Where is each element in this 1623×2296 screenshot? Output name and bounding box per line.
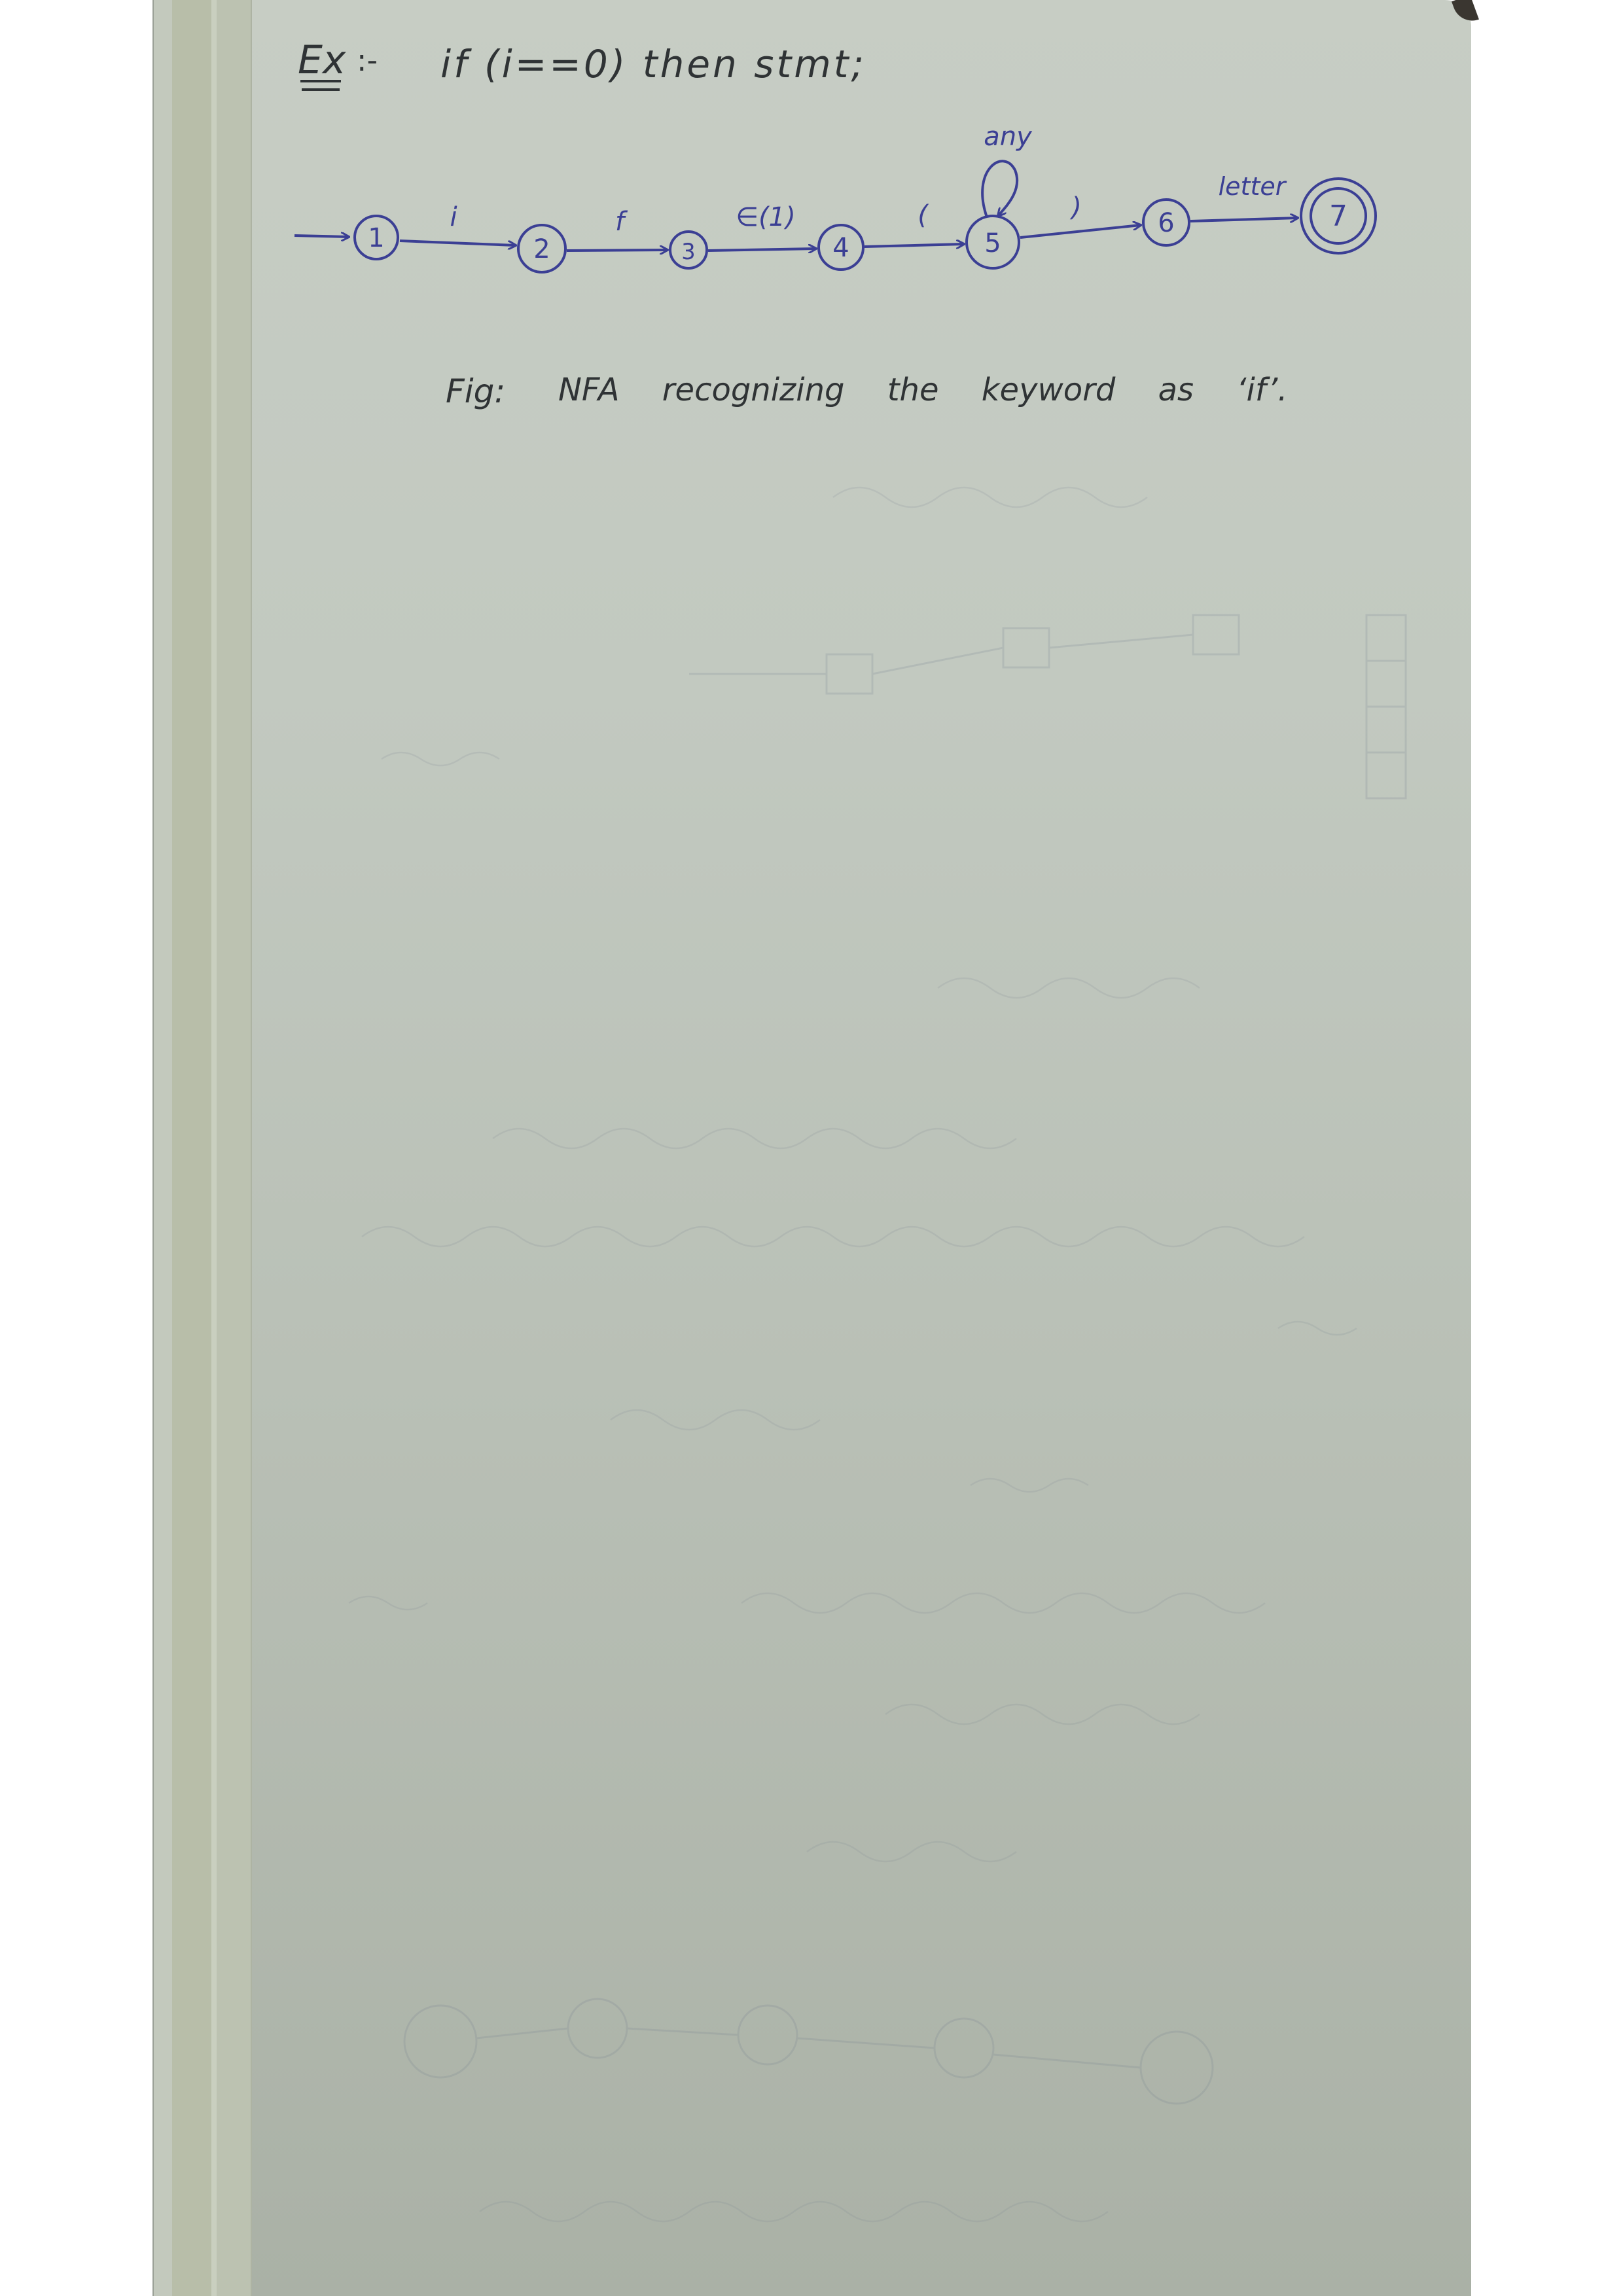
example-heading: Ex :- if (i==0) then stmt; xyxy=(298,37,866,90)
state-label: 7 xyxy=(1329,200,1347,233)
example-statement: if (i==0) then stmt; xyxy=(440,42,866,86)
handwritten-content: Ex :- if (i==0) then stmt; xyxy=(152,0,1471,2296)
caption-prefix: Fig: xyxy=(446,372,505,410)
start-arrow-icon xyxy=(294,236,349,237)
example-separator: :- xyxy=(357,43,378,78)
example-label: Ex xyxy=(298,37,346,83)
caption-text: NFA recognizing the keyword as ‘if’. xyxy=(558,372,1287,408)
transition-2-3 xyxy=(567,250,668,251)
transition-label: f xyxy=(615,207,628,237)
transition-label: ∈(1) xyxy=(736,202,796,232)
transition-label: ) xyxy=(1069,192,1082,222)
transition-6-7 xyxy=(1190,218,1298,221)
transition-label: ( xyxy=(918,200,929,230)
state-label: 6 xyxy=(1158,208,1174,238)
state-label: 1 xyxy=(368,223,384,253)
transition-4-5 xyxy=(865,244,964,247)
state-label: 5 xyxy=(984,228,1001,258)
transition-5-5-loop xyxy=(982,161,1017,217)
transition-3-4 xyxy=(708,249,816,251)
notebook-page: Ex :- if (i==0) then stmt; xyxy=(152,0,1471,2296)
figure-caption: Fig: NFA recognizing the keyword as ‘if’… xyxy=(446,372,1287,410)
state-label: 4 xyxy=(832,233,849,263)
transition-label: i xyxy=(450,202,457,232)
transition-label: letter xyxy=(1219,172,1287,201)
state-label: 2 xyxy=(533,234,550,264)
transition-5-6 xyxy=(1020,225,1141,238)
transition-label: any xyxy=(984,122,1033,152)
state-label: 3 xyxy=(681,239,696,265)
transition-1-2 xyxy=(400,241,516,245)
